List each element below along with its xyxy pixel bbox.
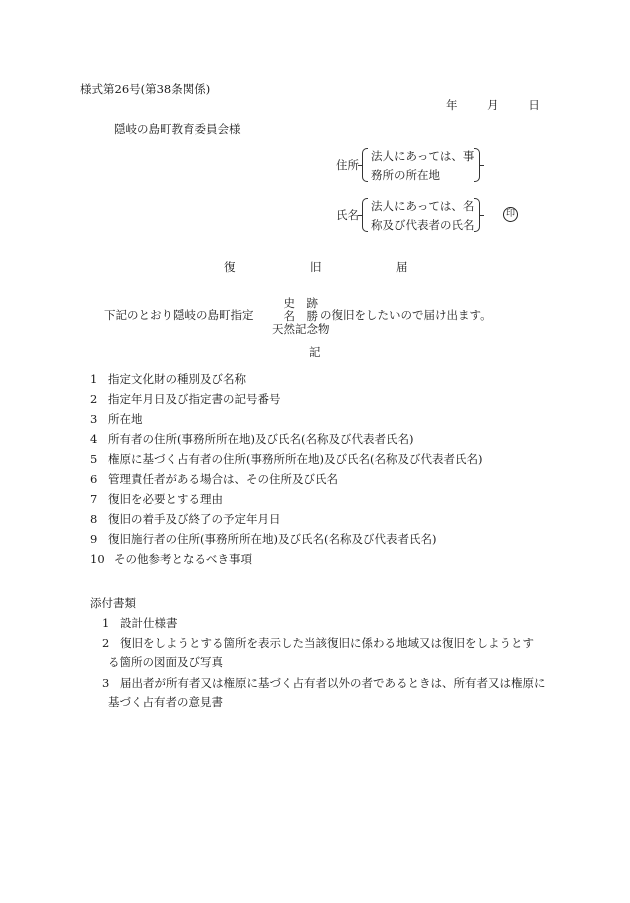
list-item: 4所有者の住所(事務所所在地)及び氏名(名称及び代表者氏名) (90, 434, 413, 446)
list-item: 2指定年月日及び指定書の記号番号 (90, 394, 281, 406)
intro-prefix: 下記のとおり隠岐の島町指定 (104, 310, 254, 322)
address-label: 住所 (336, 160, 359, 172)
attachment-text: 復旧をしようとする箇所を表示した当該復旧に係わる地域又は復旧をしようとす (120, 636, 534, 650)
item-text: 復旧を必要とする理由 (108, 492, 223, 506)
item-text: その他参考となるべき事項 (114, 552, 252, 566)
item-number: 2 (90, 394, 108, 406)
item-number: 6 (90, 474, 108, 486)
attachment-item: 1設計仕様書 (102, 618, 178, 630)
seal-icon: 印 (503, 207, 518, 222)
title-char-1: 復 (224, 262, 236, 274)
date-day-label: 日 (528, 100, 540, 112)
list-item: 3所在地 (90, 414, 143, 426)
attachments-title: 添付書類 (90, 598, 136, 610)
item-number: 4 (90, 434, 108, 446)
address-note-line2: 務所の所在地 (371, 170, 440, 182)
attachment-text: 届出者が所有者又は権原に基づく占有者以外の者であるときは、所有者又は権原に (120, 676, 546, 690)
item-text: 所有者の住所(事務所所在地)及び氏名(名称及び代表者氏名) (108, 432, 413, 446)
name-label: 氏名 (336, 210, 359, 222)
item-number: 10 (90, 554, 114, 566)
title-char-3: 届 (396, 262, 408, 274)
item-number: 1 (90, 374, 108, 386)
item-text: 復旧の着手及び終了の予定年月日 (108, 512, 281, 526)
heritage-option-natural-monument: 天然記念物 (272, 323, 330, 336)
attachment-text: 設計仕様書 (120, 616, 178, 630)
left-brace-icon (362, 198, 368, 232)
form-number: 様式第26号(第38条関係) (80, 84, 210, 96)
item-text: 指定年月日及び指定書の記号番号 (108, 392, 281, 406)
attachment-text-continuation: 基づく占有者の意見書 (108, 697, 223, 709)
list-item: 7復旧を必要とする理由 (90, 494, 223, 506)
item-number: 3 (90, 414, 108, 426)
attachment-text-continuation: る箇所の図面及び写真 (108, 657, 223, 669)
item-text: 権原に基づく占有者の住所(事務所所在地)及び氏名(名称及び代表者氏名) (108, 452, 482, 466)
list-item: 10その他参考となるべき事項 (90, 554, 252, 566)
item-text: 管理責任者がある場合は、その住所及び氏名 (108, 472, 338, 486)
address-note: 法人にあっては、事 務所の所在地 (362, 148, 482, 184)
right-brace-icon (474, 198, 480, 232)
item-number: 9 (90, 534, 108, 546)
name-note-line2: 称及び代表者の氏名 (371, 220, 475, 232)
list-item: 1指定文化財の種別及び名称 (90, 374, 246, 386)
left-brace-icon (362, 148, 368, 182)
item-number: 8 (90, 514, 108, 526)
attachment-number: 2 (102, 638, 120, 650)
date-month-label: 月 (487, 100, 499, 112)
name-note: 法人にあっては、名 称及び代表者の氏名 (362, 198, 482, 234)
item-text: 指定文化財の種別及び名称 (108, 372, 246, 386)
name-note-line1: 法人にあっては、名 (371, 201, 474, 213)
attachment-item: 2復旧をしようとする箇所を表示した当該復旧に係わる地域又は復旧をしようとす (102, 638, 534, 650)
item-number: 7 (90, 494, 108, 506)
date-year-label: 年 (446, 100, 458, 112)
item-text: 所在地 (108, 412, 143, 426)
title-char-2: 旧 (310, 262, 322, 274)
address-note-line1: 法人にあっては、事 (371, 151, 474, 163)
list-item: 5権原に基づく占有者の住所(事務所所在地)及び氏名(名称及び代表者氏名) (90, 454, 482, 466)
list-item: 8復旧の着手及び終了の予定年月日 (90, 514, 281, 526)
addressee: 隠岐の島町教育委員会様 (114, 124, 241, 136)
attachment-item: 3届出者が所有者又は権原に基づく占有者以外の者であるときは、所有者又は権原に (102, 678, 546, 690)
item-number: 5 (90, 454, 108, 466)
right-brace-icon (474, 148, 480, 182)
attachment-number: 3 (102, 678, 120, 690)
date-row: 年 月 日 (446, 100, 540, 112)
attachment-number: 1 (102, 618, 120, 630)
list-item: 6管理責任者がある場合は、その住所及び氏名 (90, 474, 338, 486)
item-text: 復旧施行者の住所(事務所所在地)及び氏名(名称及び代表者氏名) (108, 532, 436, 546)
ki-label: 記 (309, 347, 321, 359)
intro-suffix: の復旧をしたいので届け出ます。 (320, 310, 492, 322)
list-item: 9復旧施行者の住所(事務所所在地)及び氏名(名称及び代表者氏名) (90, 534, 436, 546)
